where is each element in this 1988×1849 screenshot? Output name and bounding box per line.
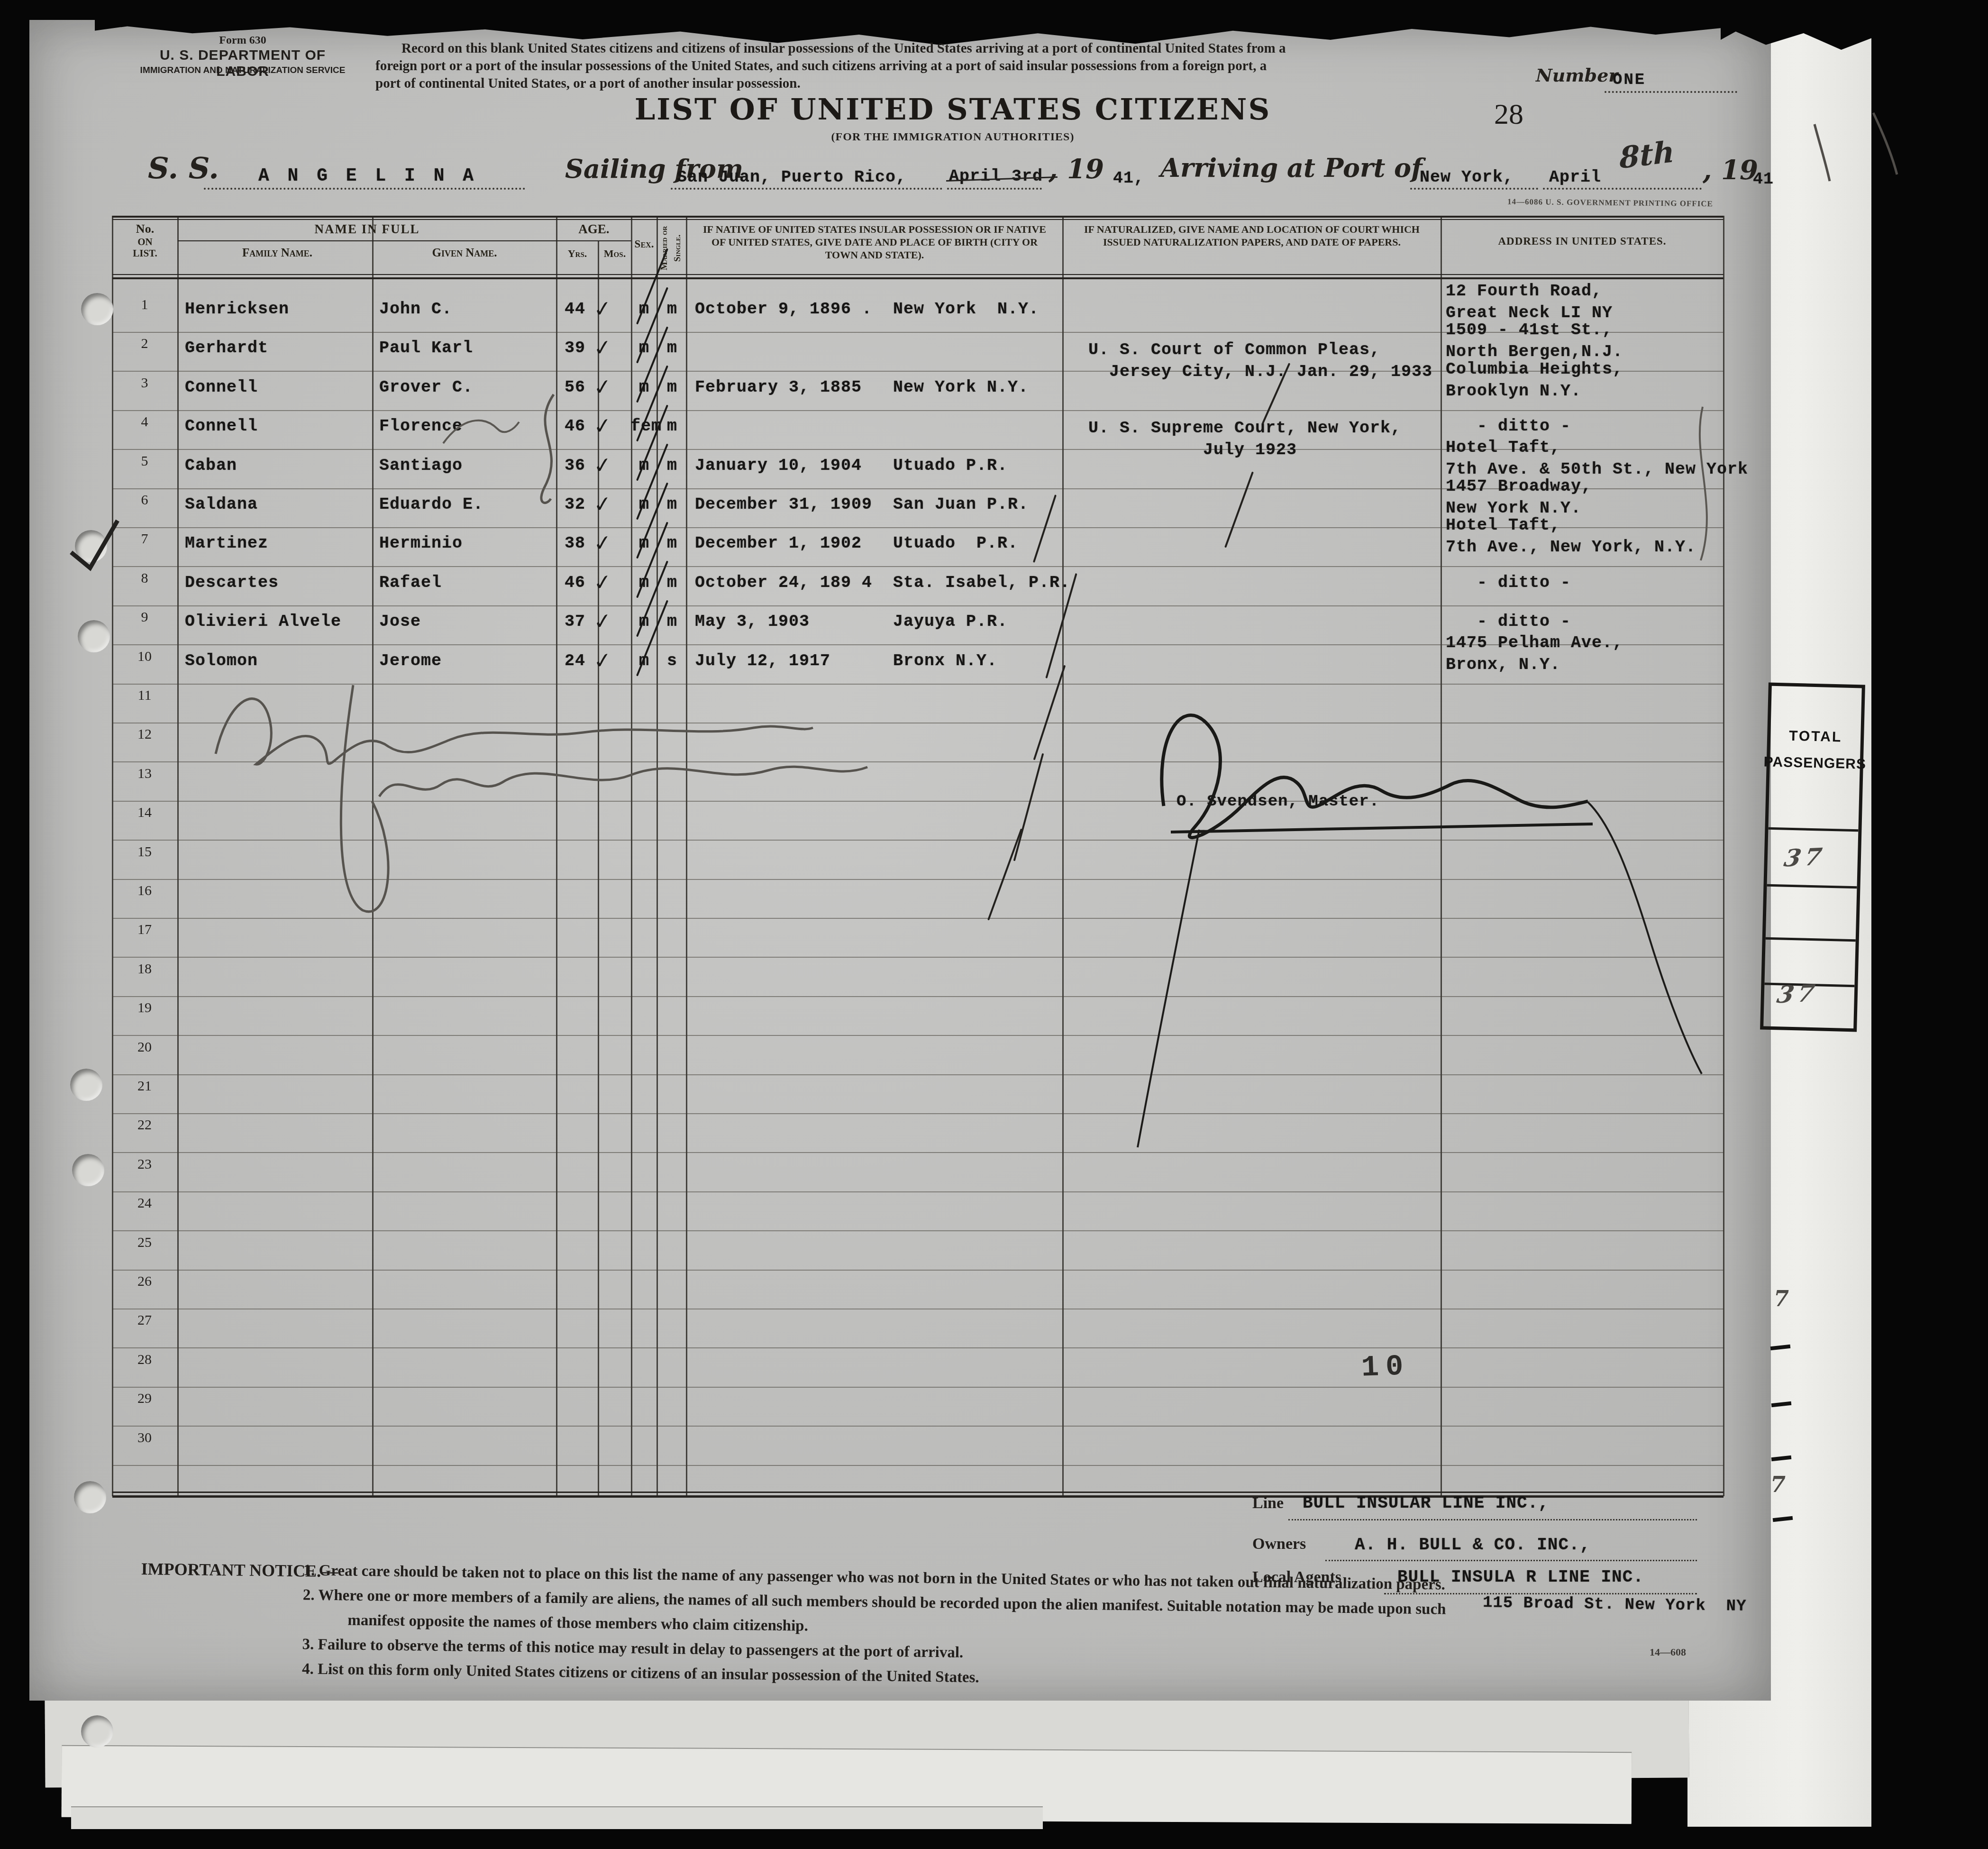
cell-age-years: 32: [558, 495, 592, 514]
cell-sex: m: [630, 300, 658, 319]
table-row-line: [112, 761, 1724, 762]
row-number: 13: [116, 766, 173, 782]
table-row-line: [112, 801, 1724, 802]
check-mark: ✓: [592, 490, 613, 518]
table-column-rule: [372, 216, 374, 1496]
table-row-line: [112, 1270, 1724, 1271]
line-value: BULL INSULAR LINE INC.,: [1303, 1493, 1549, 1513]
total-passengers-stamp: TOTAL PASSENGERS 37 37: [1760, 683, 1865, 1032]
cell-address: Brooklyn N.Y.: [1446, 382, 1581, 401]
cell-birth-date: October 9, 1896 .: [695, 300, 872, 319]
cell-given-name: Paul Karl: [379, 339, 473, 357]
table-frame-rule: [112, 1492, 1724, 1493]
margin-mark-7-bottom: 7: [1770, 1472, 1786, 1497]
row-number: 19: [116, 1000, 173, 1016]
owners-leader: [1325, 1560, 1697, 1561]
total-passengers-label-1: TOTAL: [1770, 728, 1861, 746]
table-column-rule: [686, 216, 687, 1496]
cell-birth-place: Bronx N.Y.: [893, 651, 997, 670]
hole-punch: [72, 1154, 104, 1186]
table-row-line: [112, 1152, 1724, 1153]
check-mark: ✓: [592, 647, 613, 674]
table-row-line: [112, 840, 1724, 841]
row-number: 26: [116, 1273, 173, 1290]
table-row-line: [112, 1465, 1724, 1466]
table-row-line: [112, 1113, 1724, 1114]
table-row-line: [112, 410, 1724, 411]
row-number: 29: [116, 1391, 173, 1407]
cell-address: Columbia Heights,: [1446, 360, 1623, 379]
row-number: 5: [116, 453, 173, 469]
cell-age-years: 44: [558, 300, 592, 319]
total-passengers-value-bottom: 37: [1775, 979, 1821, 1008]
scanned-manifest-photo: Form 630 U. S. DEPARTMENT OF LABOR IMMIG…: [0, 0, 1988, 1849]
cell-birth-date: January 10, 1904: [695, 456, 862, 475]
table-column-rule: [657, 216, 658, 1496]
cell-birth-place: Utuado P.R.: [893, 534, 1018, 553]
row-number: 7: [116, 531, 173, 547]
hole-punch: [75, 530, 107, 562]
margin-mark-7-top: 7: [1774, 1286, 1789, 1311]
check-mark: ✓: [592, 451, 613, 479]
table-frame-rule: [112, 274, 1724, 275]
margin-dash: [1771, 1401, 1792, 1407]
check-mark: ✓: [592, 295, 613, 322]
cell-given-name: Eduardo E.: [379, 495, 483, 514]
cell-given-name: Rafael: [379, 573, 442, 592]
margin-dash: [1771, 1455, 1792, 1461]
cell-family-name: Solomon: [185, 651, 258, 670]
row-number: 20: [116, 1039, 173, 1055]
table-frame-rule: [112, 219, 1724, 220]
pen-slash: [1033, 494, 1057, 563]
table-frame-rule: [112, 277, 1724, 279]
row-number: 11: [116, 687, 173, 704]
table-row-line: [112, 1074, 1724, 1075]
cell-birth-date: October 24, 189 4: [695, 573, 872, 592]
table-row-line: [112, 918, 1724, 919]
cell-family-name: Connell: [185, 378, 258, 397]
plate-code: 14—608: [1650, 1646, 1686, 1658]
cell-address: North Bergen,N.J.: [1446, 342, 1623, 361]
row-number: 1: [116, 297, 173, 313]
table-row-line: [112, 566, 1724, 567]
cell-address: 7th Ave. & 50th St., New York: [1446, 460, 1748, 479]
row-number: 6: [116, 492, 173, 508]
row-number: 9: [116, 609, 173, 625]
table-row-line: [112, 1191, 1724, 1192]
table-column-rule: [1062, 216, 1064, 1496]
cell-sex: m: [630, 456, 658, 475]
cell-sex: m: [630, 612, 658, 631]
cell-birth-place: New York N.Y.: [893, 378, 1029, 397]
cell-family-name: Descartes: [185, 573, 279, 592]
owners-value: A. H. BULL & CO. INC.,: [1355, 1535, 1590, 1555]
table-row-line: [112, 1035, 1724, 1036]
cell-sex: m: [630, 534, 658, 553]
cell-family-name: Olivieri Alvele: [185, 612, 341, 631]
table-row-line: [112, 957, 1724, 958]
hole-punch: [74, 1481, 106, 1513]
check-mark: ✓: [592, 334, 613, 362]
cell-given-name: Jose: [379, 612, 421, 631]
cell-sex: m: [630, 378, 658, 397]
hole-punch: [81, 1715, 113, 1748]
stamp-rule: [1767, 884, 1857, 889]
cell-birth-place: New York N.Y.: [893, 300, 1039, 319]
cell-age-years: 37: [558, 612, 592, 631]
hole-punch: [78, 620, 110, 652]
cell-naturalization: U. S. Supreme Court, New York,: [1088, 419, 1401, 438]
table-column-rule: [631, 216, 632, 1496]
cell-age-years: 36: [558, 456, 592, 475]
table-row-line: [112, 723, 1724, 723]
pen-slash: [1033, 665, 1066, 760]
cell-birth-place: San Juan P.R.: [893, 495, 1029, 514]
cell-age-years: 46: [558, 573, 592, 592]
master-signature-typed: O. Svendsen, Master.: [1176, 793, 1379, 811]
cell-address: Bronx, N.Y.: [1446, 655, 1560, 674]
cell-given-name: Jerome: [379, 651, 442, 670]
owners-label: Owners: [1252, 1535, 1306, 1553]
row-number: 4: [116, 414, 173, 430]
table-header-divider: [178, 240, 631, 241]
cell-address: - ditto -: [1446, 417, 1571, 436]
cell-family-name: Martinez: [185, 534, 268, 553]
cell-age-years: 46: [558, 417, 592, 436]
cell-birth-date: July 12, 1917: [695, 651, 830, 670]
count-stamp-10: 10: [1361, 1349, 1411, 1385]
row-number: 8: [116, 570, 173, 586]
check-mark: ✓: [592, 373, 613, 401]
agents-address: 115 Broad St. New York NY: [1483, 1594, 1747, 1616]
cell-address: - ditto -: [1446, 612, 1571, 631]
row-number: 25: [116, 1235, 173, 1251]
hole-punch: [70, 1069, 102, 1101]
table-column-rule: [1441, 216, 1442, 1496]
cell-naturalization: Jersey City, N.J. Jan. 29, 1933: [1088, 362, 1432, 381]
cell-address: New York N.Y.: [1446, 499, 1581, 518]
cell-address: 1457 Broadway,: [1446, 477, 1592, 496]
cell-address: 12 Fourth Road,: [1446, 282, 1602, 301]
check-mark: ✓: [592, 607, 613, 635]
table-row-line: [112, 605, 1724, 606]
row-number: 23: [116, 1156, 173, 1172]
table-column-rule: [177, 216, 179, 1496]
table-column-rule: [112, 216, 113, 1496]
check-mark: ✓: [592, 530, 613, 557]
cell-sex: fem: [630, 417, 658, 436]
row-number: 10: [116, 649, 173, 665]
table-row-line: [112, 1347, 1724, 1348]
cell-married: s: [657, 651, 687, 670]
cell-age-years: 38: [558, 534, 592, 553]
hole-punch: [81, 293, 113, 325]
check-mark: ✓: [592, 568, 613, 596]
cell-family-name: Henricksen: [185, 300, 289, 319]
table-column-rule: [1723, 216, 1724, 1496]
margin-dash: [1770, 1345, 1791, 1350]
row-number: 14: [116, 805, 173, 821]
line-label: Line: [1252, 1494, 1284, 1512]
cell-given-name: Grover C.: [379, 378, 473, 397]
cell-sex: m: [630, 339, 658, 357]
table-row-line: [112, 879, 1724, 880]
row-number: 16: [116, 883, 173, 899]
cell-naturalization: U. S. Court of Common Pleas,: [1088, 340, 1380, 359]
cell-age-years: 24: [558, 651, 592, 670]
cell-birth-date: February 3, 1885: [695, 378, 862, 397]
cell-age-years: 56: [558, 378, 592, 397]
row-number: 24: [116, 1195, 173, 1211]
cell-naturalization: July 1923: [1088, 440, 1297, 459]
row-number: 3: [116, 375, 173, 391]
cell-sex: m: [630, 495, 658, 514]
margin-dash: [1773, 1516, 1793, 1522]
cell-birth-place: Sta. Isabel, P.R.: [893, 573, 1070, 592]
table-row-line: [112, 684, 1724, 685]
row-number: 18: [116, 961, 173, 977]
cell-given-name: Florence: [379, 417, 463, 436]
cell-birth-date: December 1, 1902: [695, 534, 862, 553]
line-leader: [1288, 1519, 1697, 1520]
stamp-rule: [1768, 827, 1858, 832]
cell-birth-place: Utuado P.R.: [893, 456, 1008, 475]
cell-birth-date: May 3, 1903: [695, 612, 810, 631]
cell-family-name: Connell: [185, 417, 258, 436]
cell-family-name: Caban: [185, 456, 237, 475]
cell-given-name: Herminio: [379, 534, 463, 553]
row-number: 30: [116, 1430, 173, 1446]
row-number: 27: [116, 1312, 173, 1328]
cell-address: - ditto -: [1446, 573, 1571, 592]
table-row-line: [112, 1426, 1724, 1427]
row-number: 28: [116, 1352, 173, 1368]
pen-slash: [1013, 753, 1044, 861]
pen-slash: [1224, 471, 1254, 548]
cell-address: 1475 Pelham Ave.,: [1446, 633, 1623, 652]
total-passengers-label-2: PASSENGERS: [1763, 754, 1867, 772]
table-row-line: [112, 1309, 1724, 1309]
row-number: 12: [116, 726, 173, 742]
table-frame-rule: [112, 216, 1724, 218]
cell-address: Hotel Taft,: [1446, 438, 1560, 457]
table-column-rule: [556, 216, 557, 1496]
row-number: 21: [116, 1078, 173, 1094]
cell-birth-place: Jayuya P.R.: [893, 612, 1008, 631]
stamp-rule: [1766, 937, 1856, 942]
cell-address: Great Neck LI NY: [1446, 303, 1613, 322]
cell-address: Hotel Taft,: [1446, 516, 1560, 535]
check-mark: ✓: [592, 412, 613, 439]
cell-family-name: Saldana: [185, 495, 258, 514]
pen-slash: [987, 828, 1022, 920]
cell-sex: m: [630, 651, 658, 670]
cell-family-name: Gerhardt: [185, 339, 268, 357]
cell-sex: m: [630, 573, 658, 592]
cell-birth-date: December 31, 1909: [695, 495, 872, 514]
total-passengers-value-top: 37: [1782, 842, 1828, 872]
row-number: 15: [116, 844, 173, 860]
table-row-line: [112, 1387, 1724, 1388]
table-row-line: [112, 996, 1724, 997]
row-number: 2: [116, 336, 173, 352]
cell-address: 1509 - 41st St.,: [1446, 320, 1613, 339]
row-number: 22: [116, 1117, 173, 1133]
cell-given-name: John C.: [379, 300, 452, 319]
cell-address: 7th Ave., New York, N.Y.: [1446, 538, 1696, 557]
row-number: 17: [116, 922, 173, 938]
table-row-line: [112, 1230, 1724, 1231]
cell-age-years: 39: [558, 339, 592, 357]
cell-given-name: Santiago: [379, 456, 463, 475]
